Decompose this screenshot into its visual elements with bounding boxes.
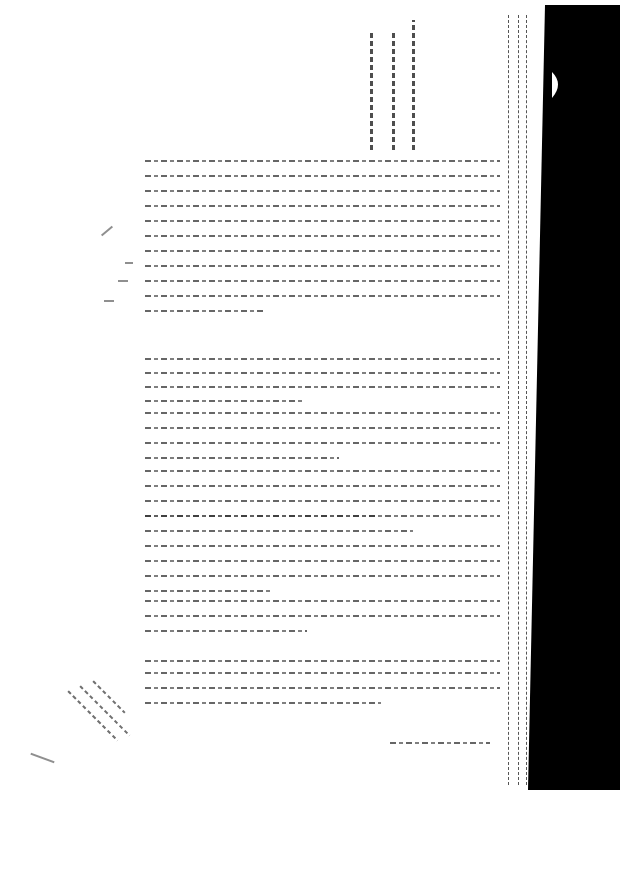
text-line bbox=[145, 545, 500, 547]
text-line bbox=[145, 590, 270, 592]
margin-rule bbox=[526, 15, 527, 785]
text-line bbox=[145, 687, 500, 689]
text-line bbox=[145, 412, 500, 414]
text-line bbox=[145, 372, 500, 374]
margin-rule bbox=[508, 15, 509, 785]
text-line bbox=[145, 265, 500, 267]
text-line bbox=[145, 615, 500, 617]
text-line bbox=[145, 630, 307, 632]
margin-annotation bbox=[104, 300, 114, 302]
text-line bbox=[145, 702, 381, 704]
scan-shadow-right bbox=[0, 0, 620, 877]
text-line bbox=[145, 485, 500, 487]
heading-line bbox=[370, 30, 373, 150]
heading-line bbox=[392, 30, 395, 150]
text-line bbox=[145, 235, 500, 237]
text-line bbox=[145, 660, 500, 662]
text-line bbox=[145, 427, 500, 429]
text-line bbox=[145, 575, 500, 577]
text-line bbox=[145, 442, 500, 444]
margin-annotation bbox=[118, 280, 128, 282]
text-line bbox=[145, 530, 413, 532]
text-line bbox=[145, 470, 500, 472]
text-line bbox=[145, 515, 500, 517]
text-line bbox=[145, 295, 500, 297]
signature-line bbox=[390, 742, 490, 744]
margin-rule bbox=[518, 15, 519, 785]
text-line bbox=[145, 600, 500, 602]
text-line bbox=[145, 358, 500, 360]
text-line bbox=[145, 560, 500, 562]
text-line bbox=[145, 250, 500, 252]
text-line bbox=[145, 280, 500, 282]
text-line bbox=[145, 160, 500, 162]
text-line bbox=[145, 190, 500, 192]
text-line bbox=[145, 205, 500, 207]
text-line bbox=[145, 457, 339, 459]
text-line bbox=[145, 310, 265, 312]
scanned-page bbox=[0, 0, 620, 877]
text-line bbox=[145, 175, 500, 177]
text-line bbox=[145, 672, 500, 674]
heading-line bbox=[412, 20, 415, 150]
margin-annotation bbox=[125, 262, 133, 264]
text-line bbox=[145, 400, 302, 402]
text-line bbox=[145, 386, 500, 388]
text-line bbox=[145, 220, 500, 222]
text-line bbox=[145, 500, 500, 502]
